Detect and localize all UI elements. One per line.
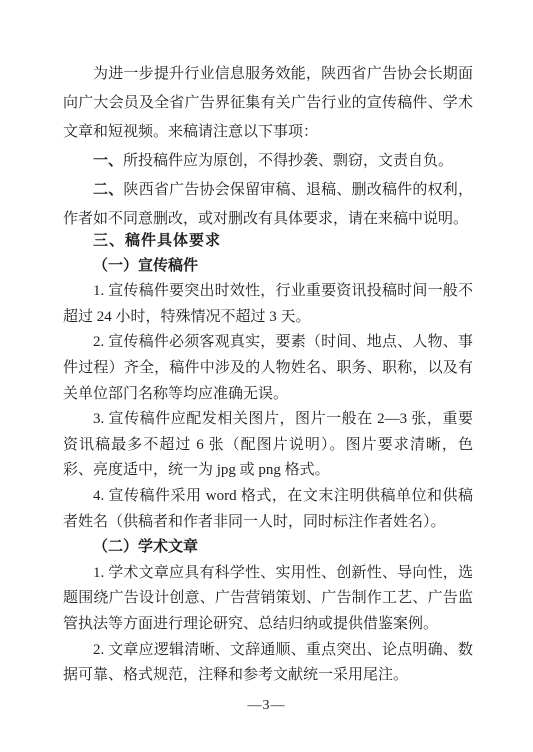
paragraph-rule-1: 一、所投稿件应为原创，不得抄袭、剽窃，文责自负。 <box>63 147 473 176</box>
paragraph-rule-2: 二、陕西省广告协会保留审稿、退稿、删改稿件的权利，作者如不同意删改，或对删改有具… <box>63 176 473 234</box>
subsection-heading-publicity: （一）宣传稿件 <box>63 254 473 280</box>
section-heading: 三、稿件具体要求 <box>63 228 473 254</box>
rule-number: 一、 <box>93 153 123 169</box>
paragraph-text: 陕西省广告协会保留审稿、退稿、删改稿件的权利，作者如不同意删改，或对删改有具体要… <box>63 182 473 227</box>
intro-section: 为进一步提升行业信息服务效能，陕西省广告协会长期面向广大会员及全省广告界征集有关… <box>63 60 473 234</box>
paragraph-publicity-1: 1. 宣传稿件要突出时效性，行业重要资讯投稿时间一般不超过 24 小时，特殊情况… <box>63 279 473 330</box>
subsection-heading-academic: （二）学术文章 <box>63 535 473 561</box>
paragraph-publicity-3: 3. 宣传稿件应配发相关图片，图片一般在 2—3 张，重要资讯稿最多不超过 6 … <box>63 407 473 484</box>
paragraph-text: 为进一步提升行业信息服务效能，陕西省广告协会长期面向广大会员及全省广告界征集有关… <box>63 66 473 140</box>
document-page: 为进一步提升行业信息服务效能，陕西省广告协会长期面向广大会员及全省广告界征集有关… <box>0 0 533 752</box>
page-number: —3— <box>0 698 533 714</box>
paragraph-intro: 为进一步提升行业信息服务效能，陕西省广告协会长期面向广大会员及全省广告界征集有关… <box>63 60 473 147</box>
paragraph-academic-2: 2. 文章应逻辑清晰、文辞通顺、重点突出、论点明确、数据可靠、格式规范，注释和参… <box>63 638 473 689</box>
paragraph-publicity-4: 4. 宣传稿件采用 word 格式，在文末注明供稿单位和供稿者姓名（供稿者和作者… <box>63 484 473 535</box>
paragraph-academic-1: 1. 学术文章应具有科学性、实用性、创新性、导向性，选题围绕广告设计创意、广告营… <box>63 561 473 638</box>
rule-number: 二、 <box>93 182 123 198</box>
paragraph-text: 所投稿件应为原创，不得抄袭、剽窃，文责自负。 <box>123 153 453 169</box>
requirements-section: 三、稿件具体要求 （一）宣传稿件 1. 宣传稿件要突出时效性，行业重要资讯投稿时… <box>63 228 473 689</box>
paragraph-publicity-2: 2. 宣传稿件必须客观真实，要素（时间、地点、人物、事件过程）齐全，稿件中涉及的… <box>63 330 473 407</box>
